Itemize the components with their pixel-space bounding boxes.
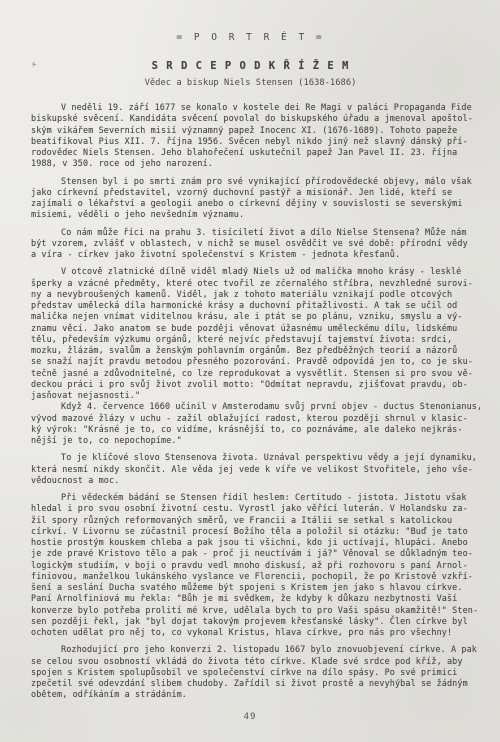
- paragraph-7: Při vědeckém bádání se Stensen řídil hes…: [31, 492, 470, 638]
- document-page: + = P O R T R É T = S R D C E P O D K Ř …: [0, 0, 500, 742]
- paragraph-3: Co nám může říci na prahu 3. tisíciletí …: [31, 227, 470, 261]
- paragraph-2: Stensen byl i po smrti znám pro své vyni…: [31, 176, 470, 221]
- paragraph-4: V otcově zlatnické dílně viděl mladý Nie…: [31, 266, 470, 401]
- paragraph-5: Když 4. července 1660 učinil v Amsteroda…: [31, 401, 470, 446]
- document-header: = P O R T R É T = S R D C E P O D K Ř Í …: [31, 32, 470, 88]
- paragraph-6: To je klíčové slovo Stensenova života. U…: [31, 452, 470, 486]
- rubric-title: = P O R T R É T =: [31, 32, 470, 43]
- page-number: 49: [0, 712, 500, 722]
- paragraph-8: Rozhodující pro jeho konverzi 2. listopa…: [31, 644, 470, 700]
- article-subtitle: Vědec a biskup Niels Stensen (1638-1686): [31, 78, 470, 88]
- article-title: S R D C E P O D K Ř Í Ž E M: [31, 60, 470, 72]
- paragraph-1: V neděli 19. září 1677 se konalo v koste…: [31, 102, 470, 170]
- document-footer: 49: [0, 712, 500, 722]
- article-body: V neděli 19. září 1677 se konalo v koste…: [31, 102, 470, 701]
